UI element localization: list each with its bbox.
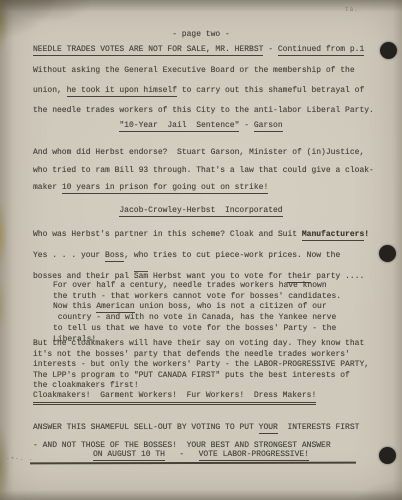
text-segment: the truth - that workers cannot vote for… [53, 292, 341, 301]
subheading-jail-sentence: "10-Year Jail Sentence" - Garson [0, 121, 402, 130]
text-segment: bosses and their pal [33, 272, 134, 281]
text-line: Cloakmakers! Garment Workers! Fur Worker… [33, 391, 316, 400]
text-segment: Boss [105, 251, 124, 262]
text-segment: Jacob-Crowley-Herbst Incorporated [119, 206, 282, 217]
pencil-mark-top-right: ta. [345, 6, 359, 13]
text-segment: the needle trades workers of this City t… [33, 106, 374, 115]
text-segment: union, [33, 86, 67, 95]
text-segment: And whom did Herbst endorse? Stuart Gars… [33, 148, 364, 157]
text-segment: the cloakmakers first! [33, 381, 139, 390]
text-line: ON AUGUST 10 TH - VOTE LABOR-PROGRESSIVE… [0, 450, 402, 459]
text-segment: Yes . . . your [33, 251, 105, 260]
text-segment: American [96, 302, 134, 313]
text-line: - page two - [0, 30, 402, 39]
text-segment: Garson [254, 121, 283, 132]
paragraph-partner: Who was Herbst's partner in this scheme?… [33, 224, 369, 287]
text-segment: - [239, 121, 253, 130]
text-segment: maker [33, 183, 62, 192]
text-segment: INTERESTS FIRST [278, 423, 360, 432]
text-line: interests - but only the workers' Party … [33, 360, 369, 371]
text-segment: union boss, who is not a citizen of our [135, 302, 327, 311]
text-segment: Who was Herbst's partner in this scheme?… [33, 230, 302, 239]
callout-workers: Cloakmakers! Garment Workers! Fur Worker… [33, 391, 316, 400]
text-segment: - [165, 450, 199, 459]
text-segment: But the cloakmakers will have their say … [33, 339, 364, 348]
text-segment: to tell us that we have to vote for the … [53, 324, 336, 333]
text-segment: "10-Year Jail Sentence" [119, 121, 239, 132]
text-line: it's not the bosses' party that defends … [33, 350, 369, 361]
text-segment: The LPP's program to "PUT CANADA FIRST" … [33, 371, 350, 380]
text-segment: 10 years in prison for going out on stri… [62, 183, 268, 194]
text-line: country - and with no vote in Canada, ha… [53, 313, 341, 324]
text-line: For over half a century, needle trades w… [53, 281, 341, 292]
text-segment: For over half a century, needle trades w… [53, 281, 327, 290]
text-segment: - AND NOT THOSE OF THE BOSSES! YOUR BEST… [33, 441, 331, 450]
paragraph-betrayal: Without asking the General Executive Boa… [33, 61, 374, 121]
text-line: union, he took it upon himself to carry … [33, 81, 374, 101]
punch-hole-middle [379, 245, 396, 262]
text-line: to tell us that we have to vote for the … [53, 324, 341, 335]
paragraph-garson: And whom did Herbst endorse? Stuart Gars… [33, 144, 374, 197]
text-line: But the cloakmakers will have their say … [33, 339, 369, 350]
text-segment: it's not the bosses' party that defends … [33, 350, 350, 359]
article-title: NEEDLE TRADES VOTES ARE NOT FOR SALE, MR… [33, 45, 364, 54]
paragraph-voting-day: But the cloakmakers will have their say … [33, 339, 369, 392]
text-line: And whom did Herbst endorse? Stuart Gars… [33, 144, 374, 162]
text-segment: YOUR [259, 423, 278, 434]
text-segment: he took it upon himself [67, 86, 177, 97]
text-segment: Cloakmakers! Garment Workers! Fur Worker… [33, 391, 316, 405]
text-line: Now this American union boss, who is not… [53, 302, 341, 313]
text-line: maker 10 years in prison for going out o… [33, 179, 374, 197]
text-line: the truth - that workers cannot vote for… [53, 292, 341, 303]
text-segment: Without asking the General Executive Boa… [33, 66, 355, 75]
text-segment: interests - but only the workers' Party … [33, 360, 369, 369]
text-segment: Continued from p.1 [278, 45, 364, 56]
text-segment: NEEDLE TRADES VOTES ARE NOT FOR SALE, MR… [33, 45, 263, 56]
text-segment: ANSWER THIS SHAMEFUL SELL-OUT BY VOTING … [33, 423, 259, 432]
text-segment: VOTE LABOR-PROGRESSIVE! [199, 450, 309, 461]
text-segment: Manufacturers [302, 230, 364, 241]
text-line: Who was Herbst's partner in this scheme?… [33, 224, 369, 245]
text-line: the cloakmakers first! [33, 381, 369, 392]
text-line: who tried to ram Bill 93 through. That's… [33, 162, 374, 180]
text-line: "10-Year Jail Sentence" - Garson [0, 121, 402, 130]
page-number-label: - page two - [0, 30, 402, 39]
text-line: Without asking the General Executive Boa… [33, 61, 374, 81]
text-segment: - [263, 45, 277, 54]
bottom-rule [30, 462, 356, 464]
punch-hole-top [380, 42, 397, 59]
text-line: ANSWER THIS SHAMEFUL SELL-OUT BY VOTING … [33, 419, 359, 437]
leaflet-page: -+-. . ta. - page two - NEEDLE TRADES VO… [0, 0, 402, 500]
text-line: The LPP's program to "PUT CANADA FIRST" … [33, 371, 369, 382]
text-segment: , who tries to cut piece-work prices. No… [124, 251, 340, 260]
final-vote-line: ON AUGUST 10 TH - VOTE LABOR-PROGRESSIVE… [0, 450, 402, 459]
text-segment: ! [364, 230, 369, 239]
text-segment: party .... [311, 272, 364, 281]
text-segment: country - and with no vote in Canada, ha… [53, 313, 336, 322]
text-segment: - page two - [172, 30, 230, 39]
text-line: NEEDLE TRADES VOTES ARE NOT FOR SALE, MR… [33, 45, 364, 54]
text-segment: who tried to ram Bill 93 through. That's… [33, 166, 374, 175]
subheading-incorporated: Jacob-Crowley-Herbst Incorporated [0, 206, 402, 215]
text-line: Jacob-Crowley-Herbst Incorporated [0, 206, 402, 215]
text-segment: Now this [53, 302, 96, 311]
text-segment: Herbst want you to vote for [148, 272, 287, 281]
text-line: the needle trades workers of this City t… [33, 101, 374, 121]
text-line: Yes . . . your Boss, who tries to cut pi… [33, 245, 369, 266]
paragraph-answer: ANSWER THIS SHAMEFUL SELL-OUT BY VOTING … [33, 419, 359, 454]
text-segment: Sam [134, 271, 148, 281]
blockquote-half-century: For over half a century, needle trades w… [53, 281, 341, 345]
text-segment: to carry out this shameful betrayal of [177, 86, 364, 95]
text-segment: ON AUGUST 10 TH [93, 450, 165, 461]
